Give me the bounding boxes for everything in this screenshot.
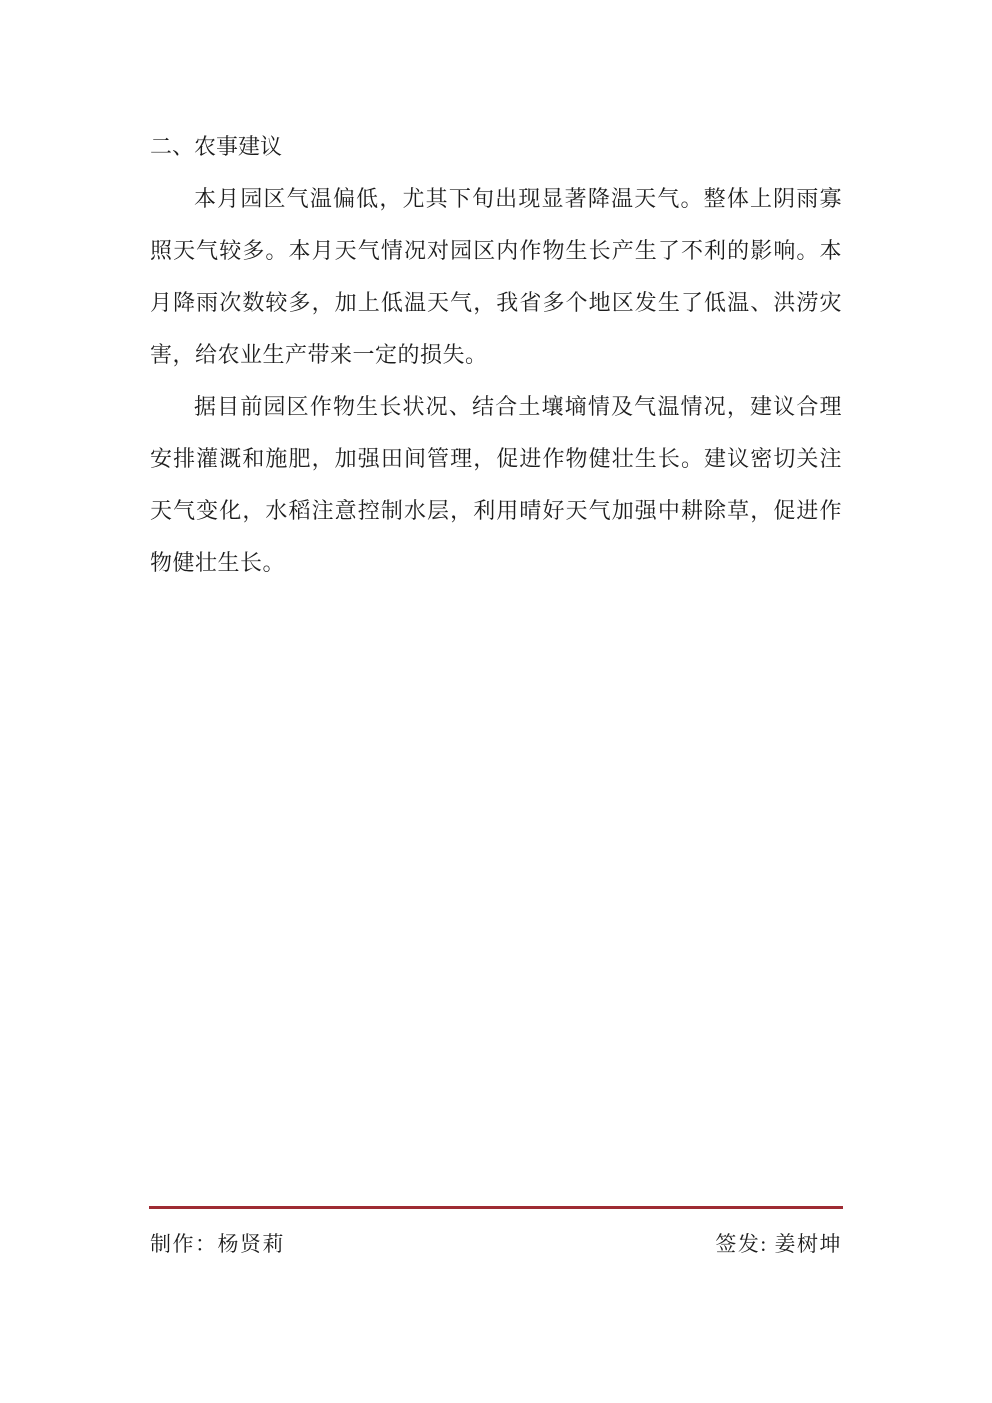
footer-divider-rule [149,1206,843,1209]
paragraph-recommendations: 据目前园区作物生长状况、结合土壤墒情及气温情况，建议合理安排灌溉和施肥，加强田间… [150,381,842,589]
footer: 制作：杨贤莉 签发: 姜树坤 [150,1228,842,1260]
paragraph-weather-impact: 本月园区气温偏低，尤其下旬出现显著降温天气。整体上阴雨寡照天气较多。本月天气情况… [150,173,842,381]
document-body: 二、农事建议 本月园区气温偏低，尤其下旬出现显著降温天气。整体上阴雨寡照天气较多… [150,121,842,589]
footer-maker-label: 制作：杨贤莉 [150,1228,285,1260]
document-page: 二、农事建议 本月园区气温偏低，尤其下旬出现显著降温天气。整体上阴雨寡照天气较多… [0,0,992,1403]
section-heading: 二、农事建议 [150,121,842,173]
footer-issuer-label: 签发: 姜树坤 [715,1228,842,1260]
